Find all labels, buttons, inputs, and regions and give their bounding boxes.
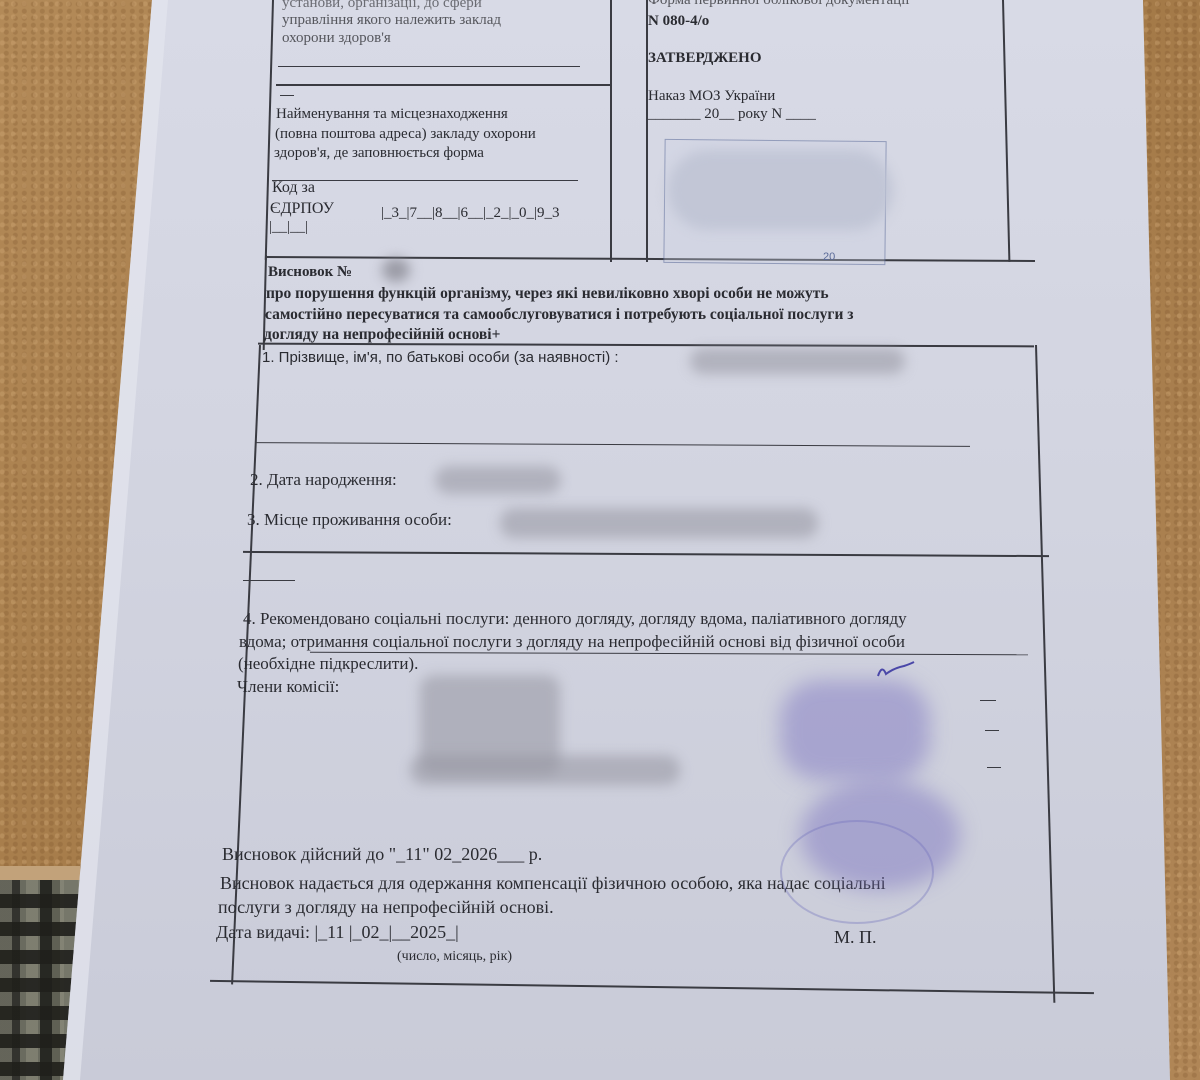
facility-label-line1: Найменування та місцезнаходження — [276, 105, 508, 124]
redaction-commission-names-row — [410, 755, 680, 785]
issue-date-hint: (число, місяць, рік) — [397, 947, 512, 966]
commission-label: Члени комісії: — [237, 677, 339, 696]
redaction-residence[interactable] — [500, 508, 818, 538]
header-rule-2 — [276, 84, 611, 86]
redacted-box-year: 20 — [823, 248, 835, 267]
header-rule-1 — [278, 66, 580, 67]
form-number: N 080-4/о — [648, 12, 709, 31]
redaction-conclusion-number — [382, 258, 410, 282]
form-label: Форма первинної облікової документації — [648, 0, 909, 10]
conclusion-number-label: Висновок № — [268, 263, 352, 282]
services-line3: (необхідне підкреслити). — [238, 654, 418, 673]
services-line2: вдома; отримання соціальної послуги з до… — [239, 632, 905, 651]
official-seal — [780, 820, 934, 924]
signature-dash-3 — [987, 767, 1001, 768]
document-sheet: установи, організації, до сфери управлін… — [0, 0, 1200, 1080]
redaction-birth-date[interactable] — [435, 466, 561, 494]
birth-date-label: 2. Дата народження: — [250, 470, 397, 489]
redaction-signatures[interactable] — [780, 680, 930, 780]
signature-dash-1 — [980, 700, 996, 701]
residence-label: 3. Місце проживання особи: — [247, 510, 452, 529]
org-fragment-line2: управління якого належить заклад — [282, 11, 501, 30]
frame-right-line — [1002, 0, 1010, 262]
facility-label-line2: (повна поштова адреса) закладу охорони — [275, 125, 536, 144]
frame-bottom-rule — [210, 980, 1094, 994]
purpose-line2: послуги з догляду на непрофесійній основ… — [218, 898, 554, 917]
edrpou-code: |_3_|7__|8__|6__|_2_|_0_|9_3 — [381, 204, 560, 223]
frame-right-line-main — [1035, 345, 1055, 1003]
edrpou-code-tail: |__|__| — [269, 218, 308, 237]
redaction-full-name[interactable] — [690, 348, 905, 374]
order-date-line: _______ 20__ року N ____ — [648, 105, 816, 124]
signature-dash-2 — [985, 730, 999, 731]
column-divider-right — [646, 0, 648, 262]
full-name-label: 1. Прізвище, ім'я, по батькові особи (за… — [262, 348, 619, 367]
edrpou-label-line1: Код за — [272, 178, 315, 197]
residence-rule — [243, 551, 1049, 557]
org-fragment-line3: охорони здоров'я — [282, 29, 391, 48]
seal-place: М. П. — [834, 928, 877, 947]
name-field-rule — [255, 442, 970, 447]
short-rule — [243, 580, 295, 581]
order-label: Наказ МОЗ України — [648, 87, 775, 106]
valid-until: Висновок дійсний до "_11" 02_2026___ р. — [222, 845, 542, 864]
title-line2: самостійно пересуватися та самообслугову… — [265, 305, 854, 324]
issue-date: Дата видачі: |_11 |_02_|__2025_| — [216, 923, 459, 942]
title-line1: про порушення функцій організму, через я… — [266, 284, 829, 303]
services-line1: 4. Рекомендовано соціальні послуги: денн… — [243, 609, 907, 628]
facility-rule — [272, 180, 578, 181]
header-short-rule — [280, 95, 294, 96]
redaction-registration — [668, 150, 893, 230]
approved-label: ЗАТВЕРДЖЕНО — [648, 49, 762, 68]
column-divider-left — [610, 0, 612, 262]
signature-mark-icon — [874, 660, 918, 680]
title-line3: догляду на непрофесійній основі+ — [264, 325, 500, 344]
facility-label-line3: здоров'я, де заповнюється форма — [274, 144, 484, 163]
edrpou-label-line2: ЄДРПОУ — [270, 199, 334, 218]
header-bottom-rule — [265, 256, 1035, 262]
